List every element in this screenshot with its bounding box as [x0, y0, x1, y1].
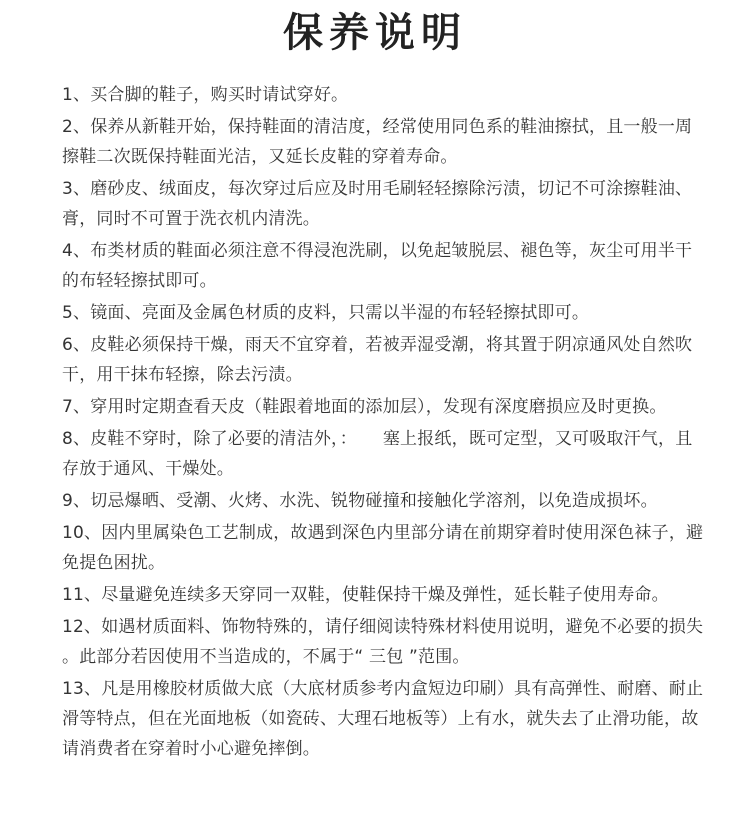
care-item-line: 免提色困扰。 — [62, 548, 692, 578]
care-item-12: 12、如遇材质面料、饰物特殊的，请仔细阅读特殊材料使用说明，避免不必要的损失 。… — [62, 612, 692, 672]
care-item-line: 7、穿用时定期查看天皮（鞋跟着地面的添加层），发现有深度磨损应及时更换。 — [62, 392, 692, 422]
care-item-4: 4、布类材质的鞋面必须注意不得浸泡洗刷，以免起皱脱层、褪色等，灰尘可用半干 的布… — [62, 236, 692, 296]
care-item-line: 2、保养从新鞋开始，保持鞋面的清洁度，经常使用同色系的鞋油擦拭，且一般一周 — [62, 112, 692, 142]
care-item-line: 。此部分若因使用不当造成的，不属于“ 三包 ”范围。 — [62, 642, 692, 672]
care-item-line: 12、如遇材质面料、饰物特殊的，请仔细阅读特殊材料使用说明，避免不必要的损失 — [62, 612, 692, 642]
care-item-3: 3、磨砂皮、绒面皮，每次穿过后应及时用毛刷轻轻擦除污渍，切记不可涂擦鞋油、 膏，… — [62, 174, 692, 234]
care-item-line: 请消费者在穿着时小心避免摔倒。 — [62, 734, 692, 764]
care-item-line: 10、因内里属染色工艺制成，故遇到深色内里部分请在前期穿着时使用深色袜子，避 — [62, 518, 692, 548]
care-item-line: 6、皮鞋必须保持干燥，雨天不宜穿着，若被弄湿受潮，将其置于阴凉通风处自然吹 — [62, 330, 692, 360]
care-item-9: 9、切忌爆晒、受潮、火烤、水洗、锐物碰撞和接触化学溶剂，以免造成损坏。 — [62, 486, 692, 516]
care-item-13: 13、凡是用橡胶材质做大底（大底材质参考内盒短边印刷）具有高弹性、耐磨、耐止 滑… — [62, 674, 692, 764]
care-item-11: 11、尽量避免连续多天穿同一双鞋，使鞋保持干燥及弹性，延长鞋子使用寿命。 — [62, 580, 692, 610]
care-item-5: 5、镜面、亮面及金属色材质的皮料，只需以半湿的布轻轻擦拭即可。 — [62, 298, 692, 328]
care-item-line: 11、尽量避免连续多天穿同一双鞋，使鞋保持干燥及弹性，延长鞋子使用寿命。 — [62, 580, 692, 610]
care-item-8: 8、皮鞋不穿时，除了必要的清洁外，： 塞上报纸，既可定型，又可吸取汗气，且 存放… — [62, 424, 692, 484]
care-item-6: 6、皮鞋必须保持干燥，雨天不宜穿着，若被弄湿受潮，将其置于阴凉通风处自然吹 干，… — [62, 330, 692, 390]
care-item-line: 8、皮鞋不穿时，除了必要的清洁外，： 塞上报纸，既可定型，又可吸取汗气，且 — [62, 424, 692, 454]
care-item-line: 存放于通风、干燥处。 — [62, 454, 692, 484]
care-item-line: 擦鞋二次既保持鞋面光洁，又延长皮鞋的穿着寿命。 — [62, 142, 692, 172]
care-item-line: 13、凡是用橡胶材质做大底（大底材质参考内盒短边印刷）具有高弹性、耐磨、耐止 — [62, 674, 692, 704]
care-item-line: 的布轻轻擦拭即可。 — [62, 266, 692, 296]
care-item-line: 3、磨砂皮、绒面皮，每次穿过后应及时用毛刷轻轻擦除污渍，切记不可涂擦鞋油、 — [62, 174, 692, 204]
care-item-line: 干，用干抹布轻擦，除去污渍。 — [62, 360, 692, 390]
care-item-line: 4、布类材质的鞋面必须注意不得浸泡洗刷，以免起皱脱层、褪色等，灰尘可用半干 — [62, 236, 692, 266]
care-item-line: 5、镜面、亮面及金属色材质的皮料，只需以半湿的布轻轻擦拭即可。 — [62, 298, 692, 328]
care-item-line: 膏，同时不可置于洗衣机内清洗。 — [62, 204, 692, 234]
care-item-line: 9、切忌爆晒、受潮、火烤、水洗、锐物碰撞和接触化学溶剂，以免造成损坏。 — [62, 486, 692, 516]
care-instructions-page: 保养说明 1、买合脚的鞋子，购买时请试穿好。 2、保养从新鞋开始，保持鞋面的清洁… — [0, 0, 750, 834]
care-item-2: 2、保养从新鞋开始，保持鞋面的清洁度，经常使用同色系的鞋油擦拭，且一般一周 擦鞋… — [62, 112, 692, 172]
care-item-10: 10、因内里属染色工艺制成，故遇到深色内里部分请在前期穿着时使用深色袜子，避 免… — [62, 518, 692, 578]
care-list: 1、买合脚的鞋子，购买时请试穿好。 2、保养从新鞋开始，保持鞋面的清洁度，经常使… — [0, 58, 750, 764]
care-item-line: 滑等特点，但在光面地板（如瓷砖、大理石地板等）上有水，就失去了止滑功能，故 — [62, 704, 692, 734]
page-title: 保养说明 — [0, 0, 750, 58]
care-item-7: 7、穿用时定期查看天皮（鞋跟着地面的添加层），发现有深度磨损应及时更换。 — [62, 392, 692, 422]
care-item-line: 1、买合脚的鞋子，购买时请试穿好。 — [62, 80, 692, 110]
care-item-1: 1、买合脚的鞋子，购买时请试穿好。 — [62, 80, 692, 110]
